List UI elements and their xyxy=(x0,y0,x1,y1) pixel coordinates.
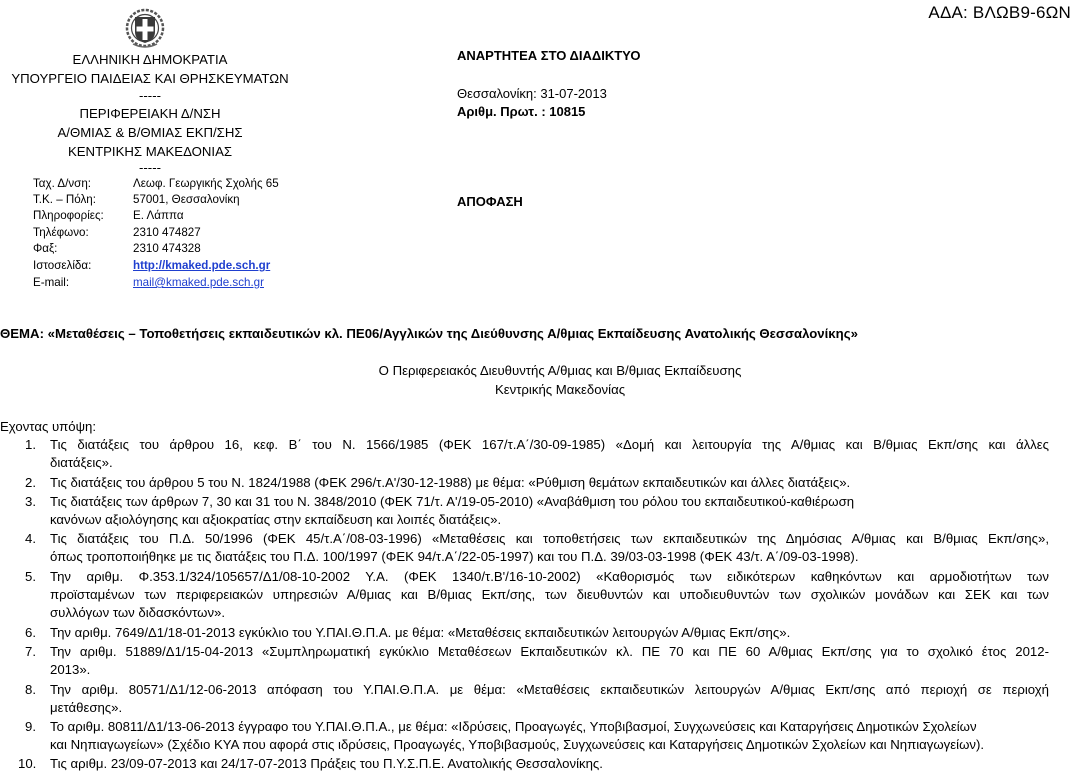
header-separator: ----- xyxy=(0,160,300,175)
list-item-text: Τις διατάξεις του Π.Δ. 50/1996 (ΦΕΚ 45/τ… xyxy=(50,531,1049,546)
publish-notice: ΑΝΑΡΤΗΤΕΑ ΣΤΟ ΔΙΑΔΙΚΤΥΟ xyxy=(457,48,640,63)
email-link[interactable]: mail@kmaked.pde.sch.gr xyxy=(133,276,264,289)
header-education-levels: Α/ΘΜΙΑΣ & Β/ΘΜΙΑΣ ΕΚΠ/ΣΗΣ xyxy=(0,125,300,140)
considering-label: Εχοντας υπόψη: xyxy=(0,419,96,434)
contact-label: Πληροφορίες: xyxy=(33,209,104,222)
header-separator: ----- xyxy=(0,88,300,103)
list-item-text: Τις αριθμ. 23/09-07-2013 και 24/17-07-20… xyxy=(50,756,603,771)
ada-code: ΑΔΑ: ΒΛΩΒ9-6ΩΝ xyxy=(928,3,1071,23)
list-item-text: Την αριθμ. 80571/Δ1/12-06-2013 απόφαση τ… xyxy=(50,682,1049,697)
list-item-text: μετάθεσης». xyxy=(50,700,122,715)
contact-label: Ιστοσελίδα: xyxy=(33,259,91,272)
contact-postcode-city: 57001, Θεσσαλονίκη xyxy=(133,193,240,206)
contact-label: Φαξ: xyxy=(33,242,57,255)
list-item-text: όπως τροποποιήθηκε με τις διατάξεις του … xyxy=(50,549,858,564)
list-item-text: και Νηπιαγωγείων» (Σχέδιο ΚΥΑ που αφορά … xyxy=(50,737,984,752)
contact-label: Ταχ. Δ/νση: xyxy=(33,177,91,190)
list-item-number: 1. xyxy=(25,437,36,452)
list-item-number: 2. xyxy=(25,475,36,490)
list-item-text: Τις διατάξεις του άρθρου 16, κεφ. Β΄ του… xyxy=(50,437,1049,452)
contact-label: E-mail: xyxy=(33,276,69,289)
list-item-number: 5. xyxy=(25,569,36,584)
protocol-number: Αριθμ. Πρωτ. : 10815 xyxy=(457,104,585,119)
list-item-number: 3. xyxy=(25,494,36,509)
list-item-text: διατάξεις». xyxy=(50,455,113,470)
contact-phone: 2310 474827 xyxy=(133,226,201,239)
list-item-text: Τις διατάξεις του άρθρου 5 του Ν. 1824/1… xyxy=(50,475,850,490)
header-country: ΕΛΛΗΝΙΚΗ ΔΗΜΟΚΡΑΤΙΑ xyxy=(0,52,300,67)
place-date: Θεσσαλονίκη: 31-07-2013 xyxy=(457,86,607,101)
list-item-text: 2013». xyxy=(50,662,90,677)
list-item-text: κανόνων αξιολόγησης και αξιοκρατίας στην… xyxy=(50,512,501,527)
contact-info-person: Ε. Λάππα xyxy=(133,209,184,222)
subject-line: ΘΕΜΑ: «Μεταθέσεις – Τοποθετήσεις εκπαιδε… xyxy=(0,326,858,341)
list-item-number: 7. xyxy=(25,644,36,659)
list-item-number: 8. xyxy=(25,682,36,697)
contact-label: Τ.Κ. – Πόλη: xyxy=(33,193,96,206)
list-item-number: 4. xyxy=(25,531,36,546)
list-item-number: 10. xyxy=(18,756,36,771)
list-item-text: Το αριθμ. 80811/Δ1/13-06-2013 έγγραφο το… xyxy=(50,719,977,734)
list-item-text: προϊσταμένων των περιφερειακών υπηρεσιών… xyxy=(50,587,1049,602)
list-item-number: 6. xyxy=(25,625,36,640)
list-item-number: 9. xyxy=(25,719,36,734)
contact-address: Λεωφ. Γεωργικής Σχολής 65 xyxy=(133,177,279,190)
header-ministry: ΥΠΟΥΡΓΕΙΟ ΠΑΙΔΕΙΑΣ ΚΑΙ ΘΡΗΣΚΕΥΜΑΤΩΝ xyxy=(0,71,300,86)
list-item-text: Τις διατάξεις των άρθρων 7, 30 και 31 το… xyxy=(50,494,854,509)
header-region: ΚΕΝΤΡΙΚΗΣ ΜΑΚΕΔΟΝΙΑΣ xyxy=(0,144,300,159)
contact-label: Τηλέφωνο: xyxy=(33,226,89,239)
header-directorate: ΠΕΡΙΦΕΡΕΙΑΚΗ Δ/ΝΣΗ xyxy=(0,106,300,121)
authority-region: Κεντρικής Μακεδονίας xyxy=(260,382,860,397)
contact-fax: 2310 474328 xyxy=(133,242,201,255)
list-item-text: Την αριθμ. 7649/Δ1/18-01-2013 εγκύκλιο τ… xyxy=(50,625,790,640)
website-link[interactable]: http://kmaked.pde.sch.gr xyxy=(133,259,270,272)
authority-title: Ο Περιφερειακός Διευθυντής Α/θμιας και Β… xyxy=(260,363,860,378)
greek-emblem-icon xyxy=(125,8,165,50)
list-item-text: Την αριθμ. 51889/Δ1/15-04-2013 «Συμπληρω… xyxy=(50,644,1049,659)
list-item-text: συλλόγων των διδασκόντων». xyxy=(50,605,225,620)
document-type: ΑΠΟΦΑΣΗ xyxy=(457,194,523,209)
list-item-text: Την αριθμ. Φ.353.1/324/105657/Δ1/08-10-2… xyxy=(50,569,1049,584)
